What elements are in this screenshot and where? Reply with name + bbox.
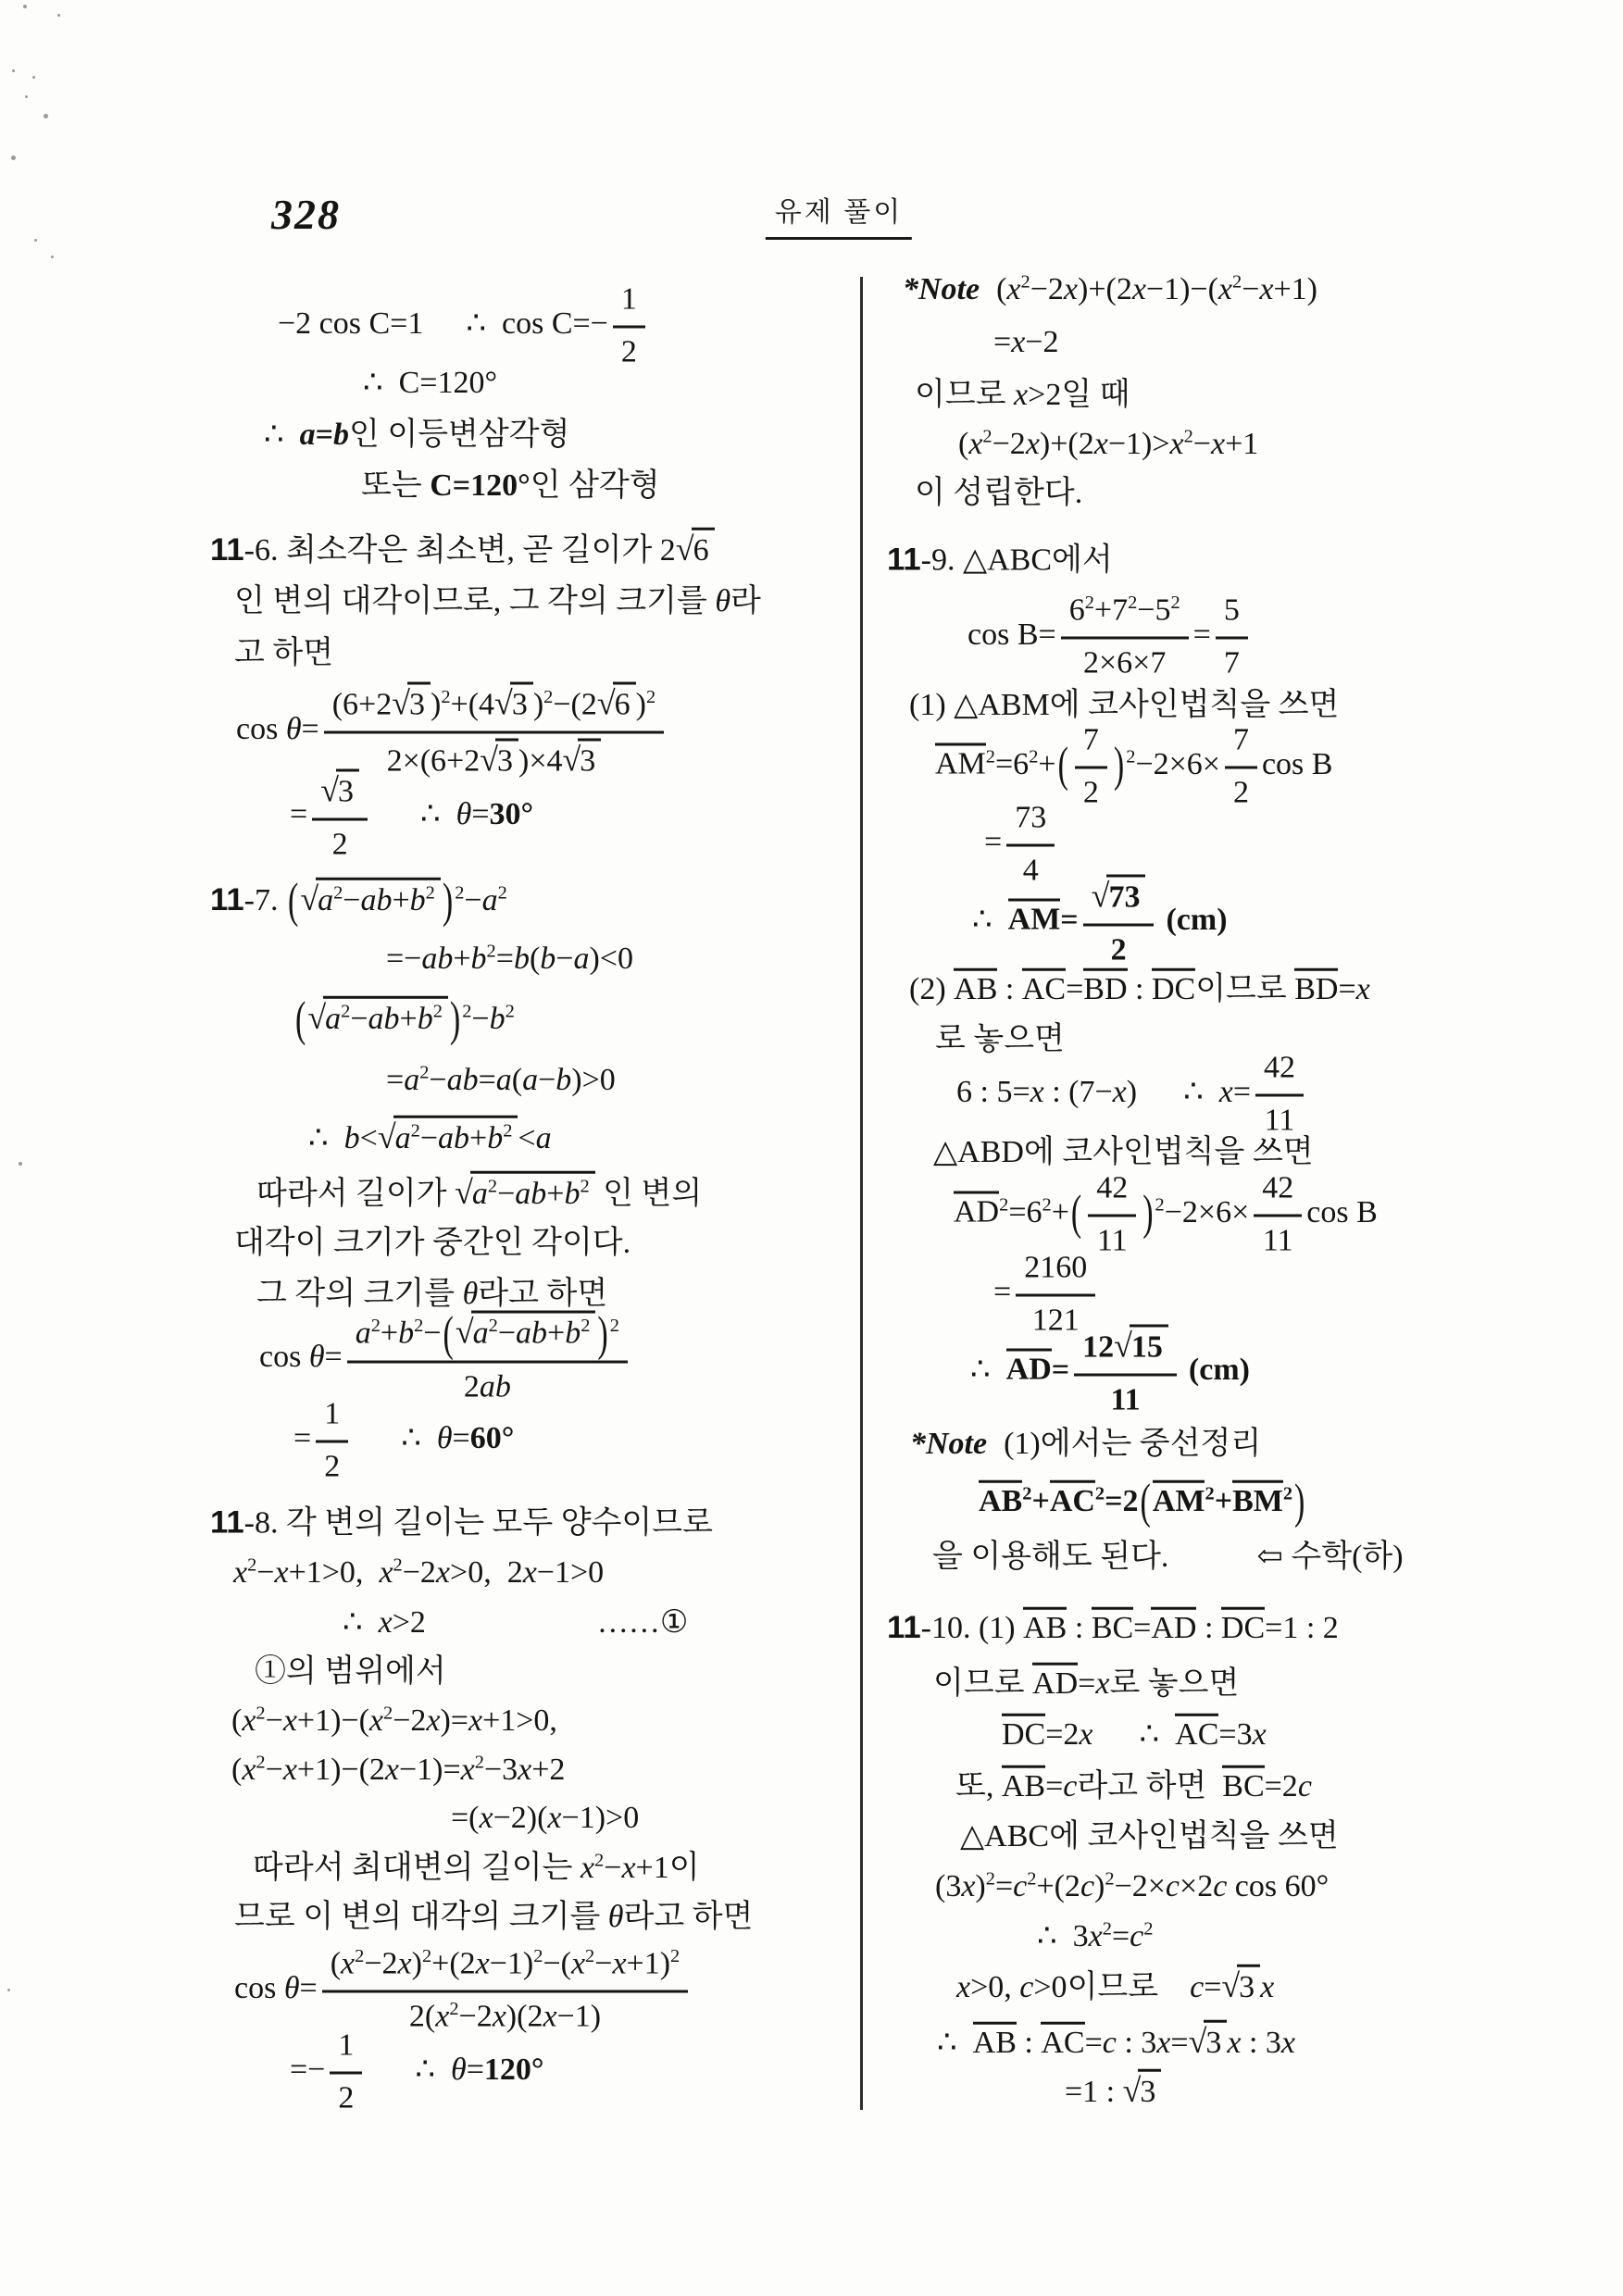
math-text: = [1193, 618, 1211, 652]
radicand: a2−ab+b2 [393, 1116, 518, 1159]
sqrt-expression: √a2−ab+b2 [307, 1002, 448, 1036]
math-text: 6 : 5= [956, 1075, 1030, 1109]
math-variable: a [404, 1063, 419, 1097]
math-text: AB [973, 2026, 1017, 2060]
math-variable: x [621, 1851, 635, 1885]
page-title: 유제 풀이 [766, 189, 912, 240]
superscript: 2 [433, 1001, 443, 1021]
math-variable: x [1079, 1717, 1092, 1752]
page-number: 328 [271, 190, 341, 239]
math-text: 2 [324, 1449, 340, 1483]
segment-overline: BC [1092, 1607, 1133, 1645]
fraction-numerator: 42 [1254, 1167, 1302, 1217]
radicand: 3 [1237, 1965, 1260, 2008]
math-text: = [290, 797, 307, 831]
math-text-bold: = [1060, 903, 1078, 937]
fraction-numerator: 1 [316, 1393, 348, 1443]
fraction-denominator: 2 [316, 1442, 348, 1489]
math-text: ∴ [308, 1121, 344, 1155]
superscript: 2 [488, 1176, 497, 1196]
math-text: >0, [970, 1970, 1019, 2004]
sqrt-expression: √3 [1221, 1970, 1260, 2004]
math-text: =6 [995, 747, 1029, 781]
spacer [1093, 1743, 1140, 1744]
math-text: △ABC [960, 1819, 1049, 1853]
segment-overline: AD [1151, 1607, 1196, 1645]
math-text: (2) [909, 972, 954, 1006]
math-text: = [995, 1869, 1013, 1903]
segment-overline: BD [1294, 968, 1338, 1006]
math-text: : [997, 972, 1021, 1006]
math-text: ∴ [1140, 1717, 1176, 1752]
segment-overline: BD [1083, 968, 1127, 1006]
radicand: 3 [578, 738, 601, 781]
math-variable: x [274, 1555, 288, 1590]
math-text: −2×6× [1135, 747, 1220, 781]
scan-speck [23, 5, 27, 8]
math-text: = [984, 825, 1002, 859]
math-text: 2×6×7 [1083, 645, 1166, 680]
math-text: − [350, 1002, 368, 1036]
formula-line: −2 cos C=1∴ cos C=−12 [278, 279, 650, 374]
tall-paren: ) [597, 1305, 607, 1366]
math-variable: x [283, 1753, 297, 1787]
superscript: 2 [1029, 746, 1038, 767]
superscript: 2 [1170, 593, 1180, 613]
superscript: 2 [594, 1850, 604, 1870]
math-text: −2 [364, 1947, 397, 1981]
math-text: BC [1092, 1611, 1133, 1645]
math-text: =− [386, 942, 421, 976]
math-variable: c [1213, 1869, 1227, 1903]
tall-paren: ) [1142, 1184, 1153, 1245]
formula-line: ∴ a=b인 이등변삼각형 [264, 416, 569, 455]
segment-overline: AC [1050, 1480, 1095, 1518]
math-text: : [1196, 1611, 1220, 1645]
math-text: 2 [1233, 775, 1249, 809]
math-variable: x [1260, 1970, 1274, 2004]
formula-line: △ABC에 코사인법칙을 쓰면 [960, 1817, 1339, 1857]
fraction-numerator: √73 [1083, 873, 1155, 927]
math-text: (1) [1004, 1427, 1041, 1461]
sqrt-expression: √3 [1189, 2026, 1228, 2060]
math-text: 2 [1111, 932, 1127, 967]
formula-line: ∴ x>2……① [343, 1603, 688, 1643]
radicand: 3 [1204, 2020, 1227, 2064]
math-variable: θ [309, 1340, 325, 1374]
tall-paren: ) [1294, 1473, 1305, 1534]
math-text: ① [255, 1654, 286, 1689]
problem-number: 11 [210, 1504, 244, 1540]
segment-overline: AD [1006, 1349, 1052, 1387]
math-text: DC [1221, 1611, 1265, 1645]
fraction-numerator: 12√15 [1074, 1323, 1177, 1377]
math-text: 3 [1140, 2075, 1155, 2109]
fraction-numerator: 73 [1006, 797, 1055, 847]
math-text: 7 [1224, 645, 1240, 680]
formula-line: (x2−x+1)−(x2−2x)=x+1>0, [231, 1702, 557, 1741]
math-text: =2 [1045, 1717, 1079, 1752]
math-text: AD [954, 1195, 999, 1229]
math-text: )<0 [589, 942, 633, 976]
math-variable: x [379, 1605, 393, 1640]
math-text: −2)( [493, 1801, 548, 1835]
math-text: )= [440, 1703, 468, 1738]
radicand: 3 [407, 682, 431, 726]
formula-line: ∴ AM=√732(cm) [972, 873, 1228, 972]
math-text: −1)= [399, 1753, 461, 1787]
math-text: −2 [993, 427, 1026, 461]
radicand: 3 [1138, 2069, 1161, 2113]
scan-speck [12, 69, 15, 72]
math-text: DC [1002, 1717, 1045, 1752]
formula-line: =x−2 [993, 323, 1058, 363]
formula-line: (√a2−ab+b2)2−b2 [293, 996, 515, 1041]
math-text: +1) [627, 1947, 671, 1981]
spacer [987, 1453, 1004, 1454]
math-text: 2 [660, 533, 676, 568]
math-variable: b [514, 942, 530, 976]
math-text: cos [236, 712, 286, 746]
formula-line: (2) AB : AC=BD : DC이므로 BD=x [909, 968, 1370, 1010]
math-text: ∴ [264, 418, 300, 452]
math-variable: b [410, 883, 426, 917]
segment-overline: AM [1153, 1480, 1205, 1518]
math-variable: a [522, 1063, 538, 1097]
fraction: 72 [1225, 719, 1257, 815]
fraction-numerator: 2160 [1016, 1247, 1095, 1297]
math-text: AD [1151, 1611, 1196, 1645]
segment-overline: BM [1232, 1480, 1283, 1518]
scan-speck [19, 1162, 22, 1166]
math-text: =− [290, 2053, 325, 2087]
math-variable: x [341, 1947, 355, 1981]
math-text: >2 [393, 1605, 426, 1640]
math-text: +(2 [1036, 1869, 1080, 1903]
math-variable: x [523, 1555, 537, 1590]
math-variable: x [961, 1869, 975, 1903]
math-variable: x [1094, 427, 1108, 461]
math-text: 2160 [1024, 1251, 1087, 1285]
math-variable: c [1130, 1919, 1143, 1953]
math-text: AC [1041, 2026, 1084, 2060]
formula-line: ∴ C=120° [363, 364, 497, 404]
korean-text: 또, [955, 1769, 1002, 1803]
math-text: = [1066, 972, 1083, 1006]
scan-speck [7, 1989, 10, 1991]
math-text: AB [954, 972, 997, 1006]
math-text: = [1204, 1970, 1221, 2004]
scan-speck [25, 95, 28, 98]
superscript: 2 [487, 941, 496, 961]
math-text: = [993, 1275, 1011, 1309]
superscript: 2 [383, 1703, 393, 1723]
math-text: = [302, 712, 319, 746]
formula-line: 을 이용해도 된다.⇦ 수학(하) [932, 1538, 1404, 1578]
math-text: ) [431, 688, 441, 722]
math-text: = [386, 1063, 404, 1097]
math-text: = [1233, 1075, 1251, 1109]
math-variable: c [1166, 1869, 1180, 1903]
math-variable: x [426, 1703, 440, 1738]
math-text: -10. (1) [921, 1611, 1023, 1645]
math-variable: a [482, 883, 498, 917]
math-text: -9. △ABC [921, 543, 1052, 577]
formula-line: 므로 이 변의 대각의 크기를 θ라고 하면 [234, 1898, 753, 1938]
superscript: 2 [355, 1946, 364, 1966]
fraction-denominator: 7 [1216, 639, 1248, 685]
tall-paren: ( [1141, 1473, 1151, 1534]
fraction-numerator: a2+b2−(√a2−ab+b2)2 [347, 1309, 628, 1364]
superscript: 2 [986, 746, 995, 767]
superscript: 2 [1095, 1483, 1105, 1504]
math-text: −2 cos C=1 [278, 306, 423, 341]
math-text: : [1128, 972, 1152, 1006]
math-variable: x [581, 1851, 594, 1885]
math-text: 42 [1262, 1171, 1293, 1205]
math-text: − [256, 1555, 274, 1590]
problem-11-8: 11-8. 각 변의 길이는 모두 양수이므로 [210, 1503, 713, 1543]
segment-overline: BC [1222, 1766, 1264, 1803]
fraction-numerator: (6+2√3)2+(4√3)2−(2√6)2 [324, 680, 664, 734]
korean-text: 라고 하면 [624, 1900, 754, 1934]
superscript: 2 [1042, 1194, 1052, 1215]
math-variable: x [476, 1947, 490, 1981]
korean-text: 따라서 길이가 [256, 1177, 455, 1211]
math-variable: x [1026, 427, 1040, 461]
superscript: 2 [1184, 426, 1193, 446]
superscript: 2 [1126, 746, 1135, 767]
formula-line: =−12∴ θ=120° [290, 2025, 544, 2120]
scan-speck [51, 256, 54, 258]
math-text: − [423, 1316, 441, 1351]
fraction: 62+72−522×6×7 [1061, 590, 1189, 685]
fraction-numerator: 1 [613, 279, 645, 329]
math-text: : (7− [1044, 1075, 1113, 1109]
math-variable: x [1253, 1717, 1267, 1752]
fraction-numerator: 5 [1216, 590, 1248, 640]
math-text: ( [958, 427, 968, 461]
superscript: 2 [441, 687, 450, 707]
superscript: 2 [371, 1316, 381, 1336]
math-text: = [300, 1971, 318, 2005]
math-variable: θ [463, 1277, 479, 1311]
math-text: − [556, 942, 573, 976]
math-text: = [1045, 1769, 1063, 1803]
problem-number: 11 [210, 532, 244, 568]
math-text: −2 [393, 1703, 426, 1738]
formula-line: 6 : 5=x : (7−x)∴ x=4211 [956, 1047, 1308, 1142]
math-text: 3 [580, 743, 595, 778]
math-text: : [1017, 2026, 1041, 2060]
superscript: 2 [610, 1316, 619, 1336]
korean-text: 이 [669, 1851, 700, 1885]
spacer [426, 1631, 597, 1632]
math-text: < [360, 1121, 378, 1155]
superscript: 2 [393, 1554, 403, 1575]
math-text: +1)−(2 [297, 1753, 385, 1787]
math-text: ∴ C=120° [363, 366, 497, 400]
math-text: = [293, 1421, 311, 1455]
radicand: 73 [1106, 875, 1145, 918]
math-text: = [1170, 2026, 1188, 2060]
segment-overline: AB [1023, 1607, 1067, 1645]
sqrt-expression: √3 [320, 775, 359, 809]
math-text: ( [231, 1753, 242, 1787]
math-variable: b [565, 1316, 581, 1351]
math-text: −1)> [1108, 427, 1170, 461]
math-text: cos B [1262, 747, 1333, 781]
math-text: +(4 [451, 688, 495, 722]
formula-line: cos B=62+72−522×6×7=57 [968, 590, 1253, 685]
math-text: 3 [512, 688, 528, 722]
math-variable: x [1064, 272, 1078, 306]
segment-overline: DC [1152, 968, 1195, 1006]
tall-paren: ( [1058, 736, 1068, 797]
tall-paren: ( [1071, 1184, 1081, 1245]
superscript: 2 [1232, 271, 1242, 292]
spacer [353, 1447, 401, 1448]
formula-line: 인 변의 대각이므로, 그 각의 크기를 θ라 [234, 582, 761, 622]
spacer [980, 298, 996, 299]
math-variable: ab [515, 1177, 546, 1211]
math-variable: x [1281, 2026, 1295, 2060]
math-variable: a [473, 1316, 489, 1351]
math-text: 3 [338, 775, 354, 809]
math-text-bold: C=120° [430, 468, 531, 503]
segment-overline: AM [935, 743, 986, 781]
korean-text: 인 삼각형 [531, 468, 660, 503]
fraction-numerator: (x2−2x)2+(2x−1)2−(x2−x+1)2 [322, 1943, 689, 1993]
math-text: − [1242, 272, 1259, 306]
korean-text: 라 [730, 584, 761, 618]
math-text: cos [234, 1971, 284, 2005]
problem-number: 11 [887, 1610, 921, 1645]
fraction-numerator: 62+72−52 [1061, 590, 1189, 640]
math-variable: b [540, 942, 556, 976]
fraction-denominator: 2×6×7 [1061, 639, 1189, 685]
korean-text: 인 변의 대각이므로, 그 각의 크기를 [234, 584, 715, 618]
scan-speck [57, 14, 60, 17]
math-text: 1 [621, 282, 637, 317]
math-text-bold: 60° [470, 1421, 515, 1455]
formula-line: 이므로 AD=x로 놓으면 [933, 1663, 1239, 1704]
math-variable: x [468, 1703, 482, 1738]
math-text: ( [530, 942, 540, 976]
segment-overline: AB [973, 2022, 1017, 2060]
math-variable: θ [608, 1900, 624, 1934]
math-text: +(2 [431, 1947, 476, 1981]
math-text: ( [331, 1947, 341, 1981]
sqrt-expression: √6 [676, 533, 715, 568]
tall-paren: ) [443, 872, 453, 933]
math-text: +1>0, [482, 1703, 557, 1738]
math-text: 2 [332, 827, 348, 861]
formula-line: ∴ b<√a2−ab+b2<a [308, 1116, 552, 1159]
superscript: 2 [419, 1062, 429, 1082]
math-text: )+(2 [1040, 427, 1094, 461]
math-text: − [266, 1753, 283, 1787]
superscript: 2 [670, 1946, 680, 1966]
math-text: DC [1152, 972, 1195, 1006]
spacer [423, 332, 466, 333]
formula-line: (3x)2=c2+(2c)2−2×c×2c cos 60° [935, 1867, 1329, 1907]
math-variable: x [1259, 272, 1273, 306]
korean-text: 로 놓으면 [1109, 1666, 1239, 1701]
math-text: AB [979, 1484, 1022, 1518]
math-text: >0, 2 [450, 1555, 523, 1590]
korean-text: 또는 [361, 468, 430, 503]
math-variable: θ [451, 2053, 467, 2087]
superscript: 2 [982, 426, 992, 446]
math-text: : [1067, 1611, 1091, 1645]
math-variable: x [233, 1555, 247, 1590]
formula-line: 이므로 x>2일 때 [915, 376, 1130, 416]
math-text: =1 : 2 [1265, 1611, 1339, 1645]
segment-overline: AB [1002, 1766, 1045, 1803]
math-variable: θ [284, 1971, 300, 2005]
math-variable: x [1014, 378, 1028, 412]
math-text: < [518, 1121, 535, 1155]
math-text: 11 [1265, 1103, 1295, 1137]
math-variable: x [283, 1703, 297, 1738]
formula-line: x>0, c>0이므로c=√3x [956, 1965, 1274, 2008]
math-variable: x [571, 1947, 585, 1981]
math-text: BD [1083, 972, 1127, 1006]
math-text: =1 : [1065, 2075, 1123, 2109]
math-text: = [467, 2053, 484, 2087]
math-text: ) [636, 688, 646, 722]
superscript: 2 [455, 882, 464, 903]
superscript: 2 [1155, 1194, 1165, 1215]
math-text: + [547, 1316, 565, 1351]
math-variable: c [1298, 1769, 1312, 1803]
superscript: 2 [426, 882, 435, 903]
math-variable: x [518, 1753, 531, 1787]
math-text: 2 [1083, 775, 1099, 809]
math-text: − [604, 1851, 621, 1885]
math-text: = [993, 325, 1011, 359]
math-variable: c [1063, 1769, 1077, 1803]
fraction: 12√1511 [1074, 1323, 1177, 1422]
math-variable: b [344, 1121, 360, 1155]
math-text: 2 [338, 2080, 354, 2115]
segment-overline: AC [1022, 968, 1066, 1006]
korean-text: 최소각은 최소변, 곧 길이가 [286, 533, 660, 568]
math-text: −( [543, 1947, 571, 1981]
math-variable: x [1356, 972, 1370, 1006]
math-variable: a [395, 1121, 411, 1155]
fraction-denominator: 2 [312, 820, 368, 867]
sqrt-expression: √73 [1092, 880, 1146, 915]
sqrt-expression: √3 [494, 688, 533, 722]
korean-text: 수학(하) [1291, 1540, 1403, 1574]
math-text: − [594, 1947, 612, 1981]
math-text: −3 [484, 1753, 518, 1787]
math-text: BC [1222, 1769, 1264, 1803]
math-text: AC [1022, 972, 1066, 1006]
korean-text: 에서 [1052, 543, 1113, 577]
formula-line: =a2−ab=a(a−b)>0 [386, 1061, 616, 1101]
formula-line: 따라서 길이가 √a2−ab+b2 인 변의 [256, 1171, 702, 1215]
korean-text: 므로 이 변의 대각의 크기를 [234, 1900, 608, 1934]
math-variable: a [573, 942, 589, 976]
superscript: 2 [256, 1752, 265, 1772]
math-text: = [1338, 972, 1355, 1006]
math-text: AB [1002, 1769, 1045, 1803]
math-text: −1) [557, 1999, 602, 2033]
sqrt-expression: √3 [563, 743, 602, 778]
